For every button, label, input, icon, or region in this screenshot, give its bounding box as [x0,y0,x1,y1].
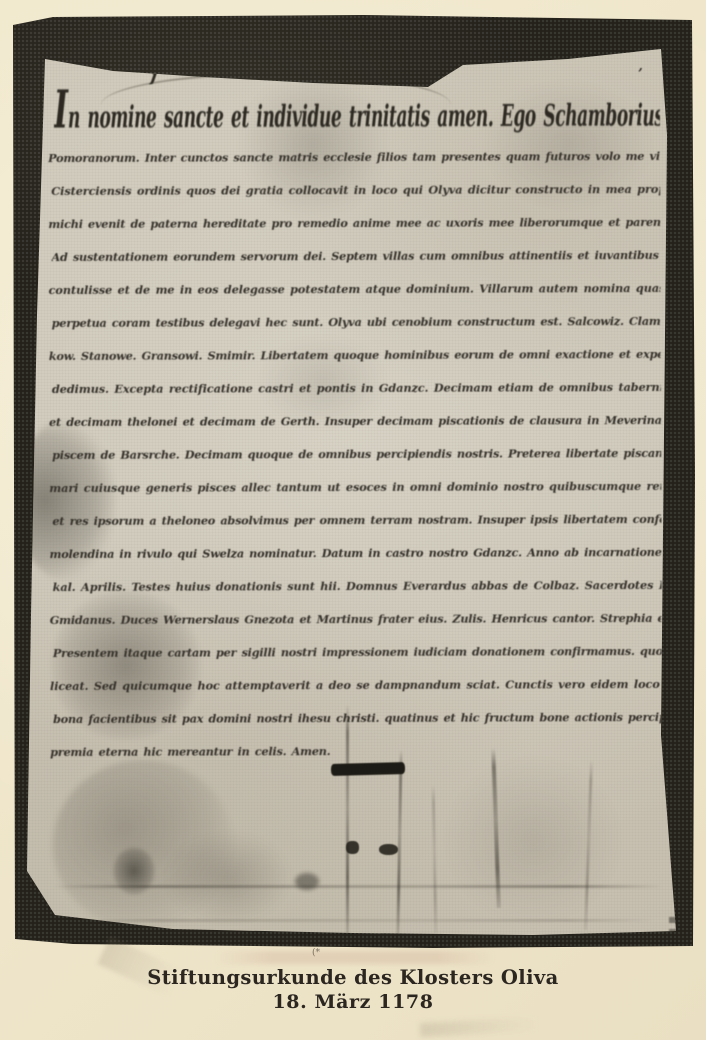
vertical-fold-crease [584,760,593,930]
horizontal-fold-crease [73,919,653,922]
manuscript-line: liceat. Sed quicumque hoc attemptaverit … [50,668,662,703]
caption: Stiftungsurkunde des Klosters Oliva 18. … [0,966,706,1013]
manuscript-line: kal. Aprilis. Testes huius donationis su… [53,569,662,604]
caption-title: Stiftungsurkunde des Klosters Oliva [0,966,706,989]
ink-dot [346,841,359,854]
plate-edge-marks [669,917,679,951]
manuscript-line: michi evenit de paterna hereditate pro r… [48,206,660,241]
manuscript-line: Ad sustentationem eorundem servorum dei.… [51,239,660,274]
ink-dot [379,844,398,855]
show-through-ghost-text [215,951,495,964]
caption-date: 18. März 1178 [0,991,706,1013]
ink-smudge [295,873,319,890]
manuscript-line: premia eterna hic mereantur in celis. Am… [50,734,662,769]
manuscript-line: kow. Stanowe. Gransowi. Smimir. Libertat… [49,338,661,373]
manuscript-line: et res ipsorum a theloneo absolvimus per… [52,503,661,538]
parchment-sheet: In nomine sancte et individue trinitatis… [13,15,695,948]
manuscript-text-block: In nomine sancte et individue trinitatis… [48,60,662,769]
manuscript-line: contulisse et de me in eos delegasse pot… [49,272,661,307]
manuscript-line: Gmidanus. Duces Wernerslaus Gnezota et M… [50,602,662,637]
manuscript-line: Pomoranorum. Inter cunctos sancte matris… [48,140,660,175]
vertical-fold-crease [396,750,402,935]
stain-bottom-center [163,830,293,925]
page-wrinkle [420,1017,541,1037]
charter-photograph: In nomine sancte et individue trinitatis… [13,15,695,948]
footnote-mark: (* [312,948,320,958]
manuscript-line: piscem de Barsrche. Decimam quoque de om… [52,437,661,472]
manuscript-line: Presentem itaque cartam per sigilli nost… [53,635,662,670]
manuscript-line: perpetua coram testibus delegavi hec sun… [52,305,661,340]
vertical-fold-crease [491,748,501,908]
manuscript-line: mari cuiusque generis pisces allec tantu… [49,470,661,505]
stain-bottom-right [443,755,623,925]
ink-smudge-bottom-left [113,847,155,895]
vertical-fold-crease [432,785,438,933]
horizontal-fold-crease [53,885,663,888]
manuscript-line: dedimus. Excepta rectificatione castri e… [52,371,661,406]
stain-bottom-left [53,760,233,930]
manuscript-line: molendina in rivulo qui Swelza nominatur… [49,536,661,571]
manuscript-line: et decimam thelonei et decimam de Gerth.… [49,404,661,439]
manuscript-line: Cisterciensis ordinis quos dei gratia co… [51,173,660,208]
manuscript-line: bona facientibus sit pax domini nostri i… [53,701,662,736]
